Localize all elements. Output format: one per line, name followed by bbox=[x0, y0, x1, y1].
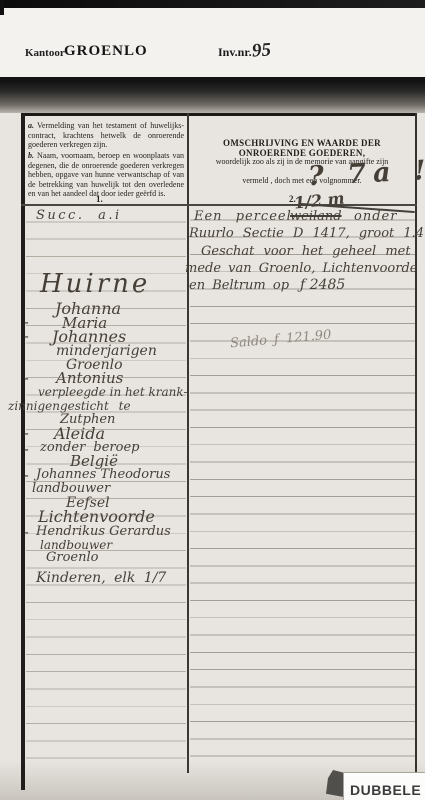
heir-occupation: landbouwer bbox=[32, 482, 110, 495]
succession-note: Succ. a.i bbox=[36, 209, 122, 222]
property-line3: Geschat voor het geheel met bbox=[201, 245, 411, 258]
office-label: Kantoor bbox=[25, 47, 65, 59]
property-valuation-amount: ƒ 2485 bbox=[300, 278, 345, 292]
right-column-title: OMSCHRIJVING EN WAARDE DER ONROERENDE GO… bbox=[190, 138, 414, 158]
inventory-number-handwritten: 95 bbox=[251, 39, 271, 62]
list-dash: - bbox=[24, 372, 29, 386]
list-dash: - bbox=[24, 526, 29, 540]
handwritten-annotation-question: ? 7a ! bbox=[307, 157, 425, 190]
property-line1-pre: Een perceel bbox=[194, 210, 292, 223]
list-dash: - bbox=[24, 316, 29, 330]
heir-residence: Lichtenvoorde bbox=[38, 509, 155, 525]
clause-b-label: b. bbox=[28, 151, 34, 160]
form-clause-b: b.Naam, voornaam, beroep en woonplaats v… bbox=[28, 151, 184, 199]
list-dash: - bbox=[24, 469, 29, 483]
heir-name: Antonius bbox=[56, 371, 123, 386]
table-header-bottom-border bbox=[21, 204, 417, 206]
inventory-label: Inv.nr. bbox=[218, 45, 252, 60]
list-dash: - bbox=[24, 427, 29, 441]
clause-a-text: Vermelding van het testament of huwelijk… bbox=[28, 121, 184, 149]
column-number-1: 1. bbox=[96, 194, 103, 204]
stamp-label: DUBBELE bbox=[350, 782, 421, 798]
property-line2: Ruurlo Sectie D 1417, groot 1.41.90 bbox=[189, 227, 425, 240]
family-name: Huirne bbox=[40, 271, 150, 297]
scan-corner-mark bbox=[0, 0, 4, 15]
heir-note-line2: zinnigengesticht te bbox=[8, 400, 131, 412]
property-line4: mede van Groenlo, Lichtenvoorde bbox=[185, 262, 417, 275]
heir-residence: Groenlo bbox=[46, 551, 98, 564]
heir-name: Hendrikus Gerardus bbox=[36, 525, 171, 538]
list-dash: - bbox=[24, 443, 29, 457]
property-line1-post: onder bbox=[354, 210, 397, 223]
table-border-right bbox=[415, 113, 417, 788]
table-column-divider bbox=[187, 113, 189, 773]
scan-edge-top bbox=[0, 0, 425, 8]
heir-note-line1: verpleegde in het krank- bbox=[38, 386, 187, 398]
document-scan: Kantoor GROENLO Inv.nr. 95 a.Vermelding … bbox=[0, 0, 425, 800]
property-line5: en Beltrum op bbox=[189, 279, 289, 292]
shares-note: Kinderen, elk 1/7 bbox=[36, 571, 166, 585]
scan-shadow-band bbox=[0, 80, 425, 113]
stamp-box: DUBBELE bbox=[343, 772, 425, 800]
office-name: GROENLO bbox=[64, 43, 148, 60]
clause-a-label: a. bbox=[28, 121, 34, 130]
heir-name: Johannes Theodorus bbox=[36, 468, 170, 481]
heir-status: minderjarigen bbox=[56, 344, 157, 358]
table-border-top bbox=[21, 113, 417, 116]
clause-b-text: Naam, voornaam, beroep en woonplaats van… bbox=[28, 151, 184, 198]
list-dash: - bbox=[24, 330, 29, 344]
form-clause-a: a.Vermelding van het testament of huweli… bbox=[28, 121, 184, 150]
